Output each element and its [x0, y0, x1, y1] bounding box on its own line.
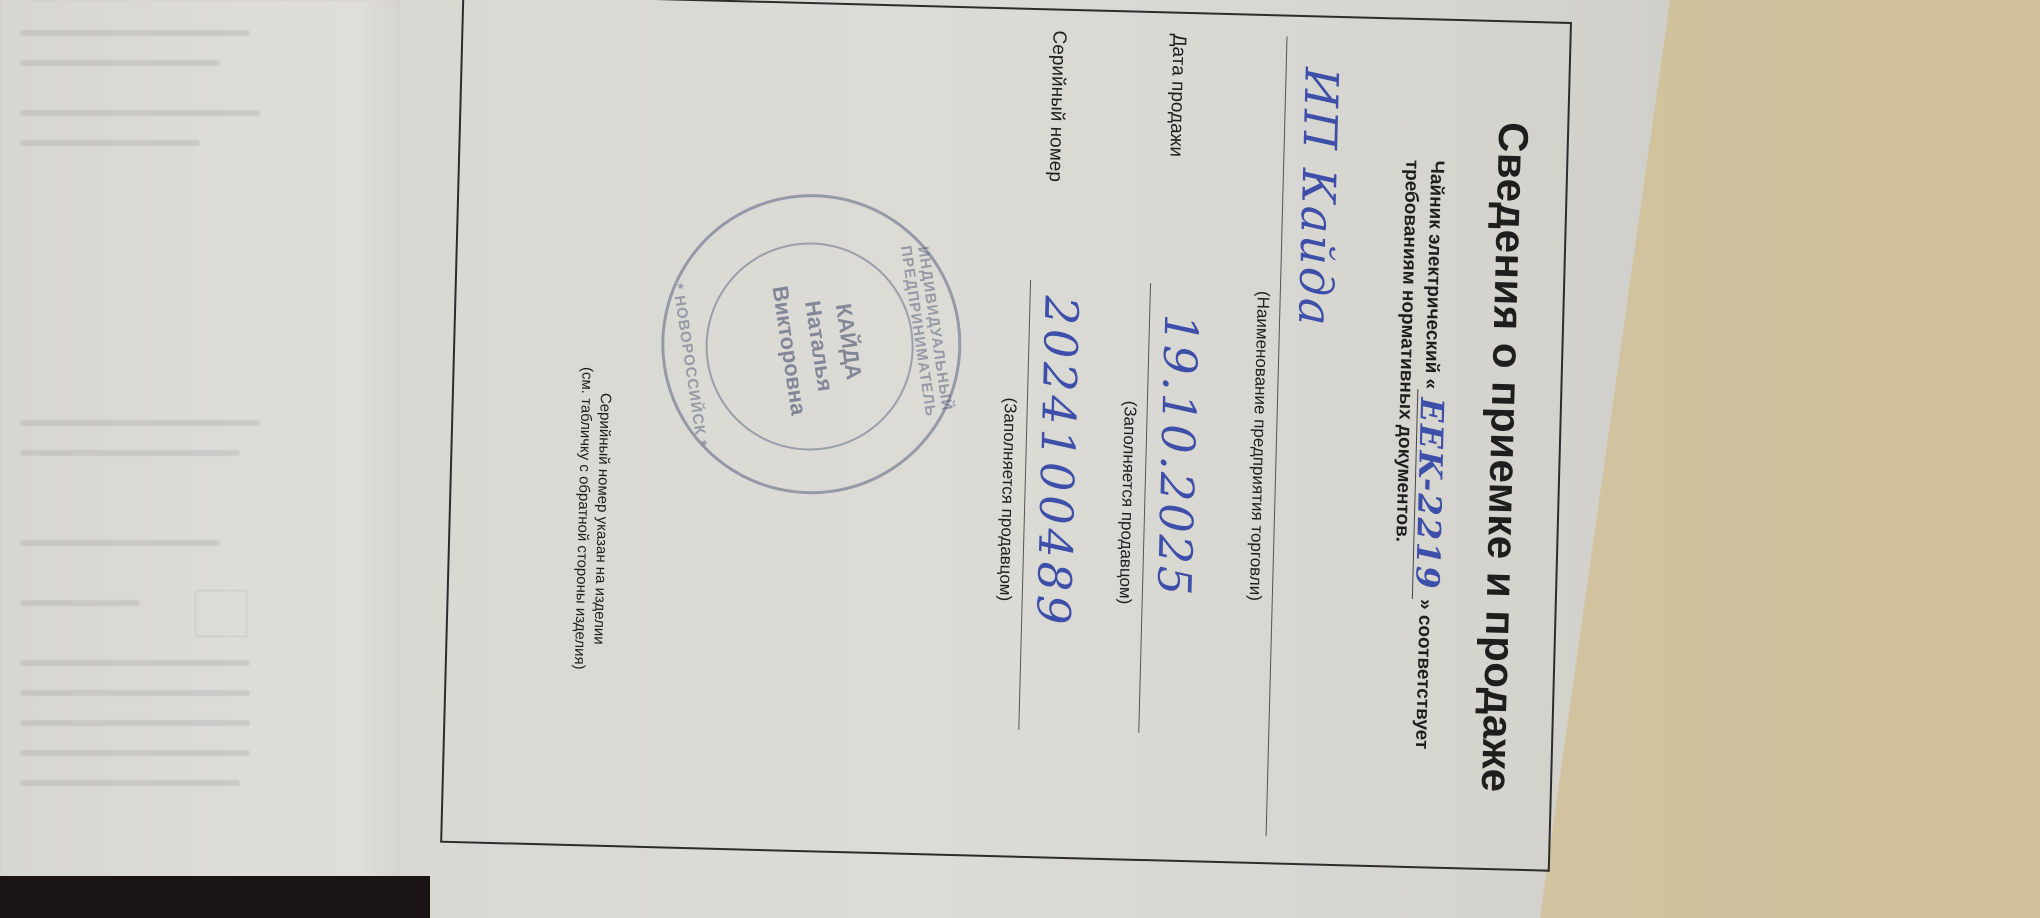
model-field: EEK-2219: [1412, 389, 1448, 600]
enterprise-name-field: ИП Кайда (Наименование предприятия торго…: [1229, 36, 1340, 838]
serial-number-handwritten-value: 2024100489: [1026, 295, 1089, 629]
sale-date-label: Дата продажи: [1164, 33, 1189, 157]
model-handwritten-value: EEK-2219: [1408, 397, 1451, 591]
warning-triangle-icon: [195, 590, 247, 637]
serial-number-footnote: Серийный номер указан на изделии (см. та…: [567, 278, 618, 759]
sale-date-caption: (Заполняется продавцом): [1113, 332, 1142, 672]
page-fold-shadow: [360, 0, 400, 880]
sale-date-handwritten-value: 19.10.2025: [1147, 313, 1208, 598]
page-title: Сведения о приемке и продаже: [1470, 62, 1539, 853]
serial-number-field: Серийный номер 2024100489 (Заполняется п…: [979, 29, 1090, 831]
seller-stamp: ИНДИВИДУАЛЬНЫЙ ПРЕДПРИНИМАТЕЛЬ КАЙДА Нат…: [641, 174, 982, 515]
conformity-statement: Чайник электрический «EEK-2219» соответс…: [1384, 160, 1455, 761]
serial-number-caption: (Заполняется продавцом): [993, 329, 1022, 669]
sale-acceptance-card: Сведения о приемке и продаже Чайник элек…: [440, 0, 1572, 872]
left-page-blurred: [0, 0, 400, 880]
sale-date-field: Дата продажи 19.10.2025 (Заполняется про…: [1099, 32, 1210, 834]
dark-surface: [0, 876, 430, 918]
serial-number-label: Серийный номер: [1044, 30, 1070, 182]
enterprise-handwritten-value: ИП Кайда: [1288, 67, 1349, 328]
conformity-prefix: Чайник электрический «: [1420, 160, 1447, 389]
